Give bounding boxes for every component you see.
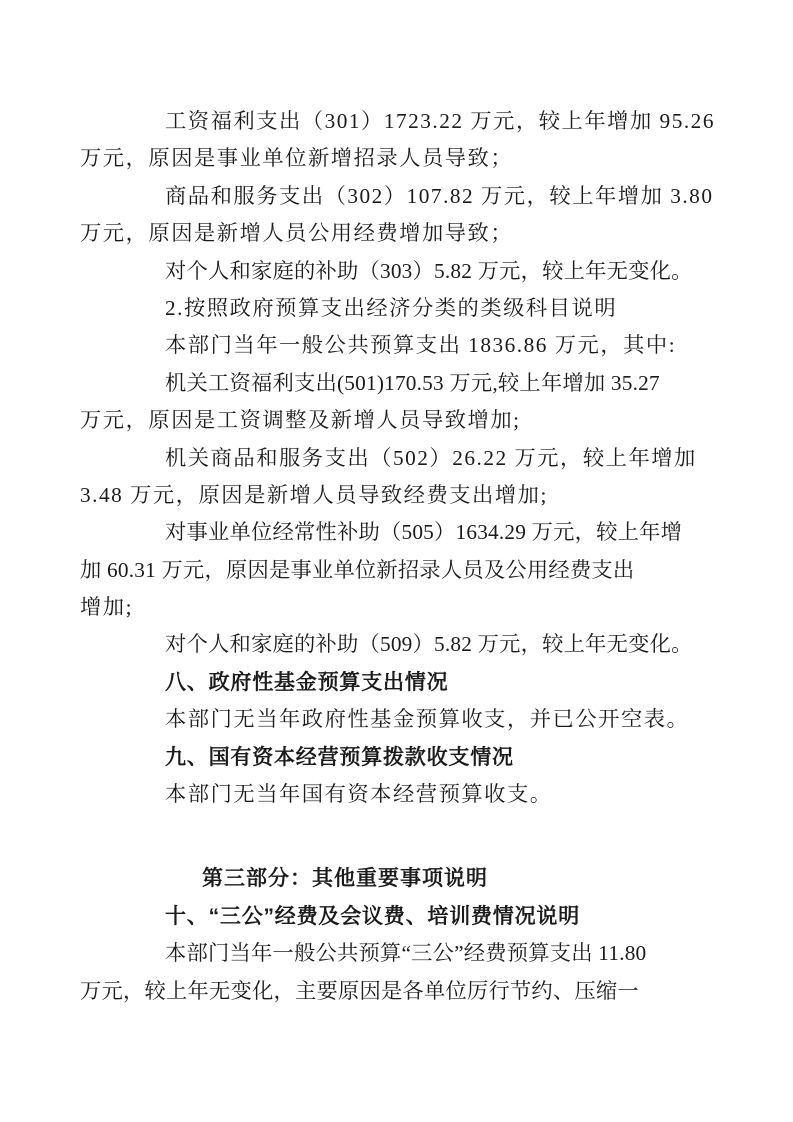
section-heading-line: 十、“三公”经费及会议费、培训费情况说明 [80,898,680,935]
body-text-line: 商品和服务支出（302）107.82 万元，较上年增加 3.80 [80,178,680,215]
body-text-line: 本部门无当年政府性基金预算收支，并已公开空表。 [80,701,680,738]
body-text-line: 万元，原因是新增人员公用经费增加导致； [80,215,680,252]
body-text-line: 加 60.31 万元，原因是事业单位新招录人员及公用经费支出 [80,552,680,589]
body-text-line: 万元，原因是工资调整及新增人员导致增加; [80,402,680,439]
body-text-line: 本部门当年一般公共预算“三公”经费预算支出 11.80 [80,935,680,972]
body-text-line: 2.按照政府预算支出经济分类的类级科目说明 [80,290,680,327]
body-text-line: 3.48 万元，原因是新增人员导致经费支出增加; [80,477,680,514]
body-text-line: 对事业单位经常性补助（505）1634.29 万元，较上年增 [80,514,680,551]
section-heading-line: 九、国有资本经营预算拨款收支情况 [80,739,680,776]
body-text-line: 对个人和家庭的补助（509）5.82 万元，较上年无变化。 [80,626,680,663]
body-text-line: 本部门当年一般公共预算支出 1836.86 万元，其中: [80,327,680,364]
document-content: 工资福利支出（301）1723.22 万元，较上年增加 95.26万元，原因是事… [80,103,680,1010]
section-heading-line: 八、政府性基金预算支出情况 [80,664,680,701]
body-text-line: 增加; [80,589,680,626]
body-text-line: 对个人和家庭的补助（303）5.82 万元，较上年无变化。 [80,253,680,290]
document-page: 工资福利支出（301）1723.22 万元，较上年增加 95.26万元，原因是事… [0,0,793,1122]
body-text-line: 机关商品和服务支出（502）26.22 万元，较上年增加 [80,440,680,477]
body-text-line: 机关工资福利支出(501)170.53 万元,较上年增加 35.27 [80,365,680,402]
body-text-line: 万元，较上年无变化，主要原因是各单位厉行节约、压缩一 [80,973,680,1010]
body-text-line: 万元，原因是事业单位新增招录人员导致； [80,140,680,177]
blank-line [80,813,680,860]
body-text-line: 本部门无当年国有资本经营预算收支。 [80,776,680,813]
part-title: 第三部分：其他重要事项说明 [80,860,680,897]
body-text-line: 工资福利支出（301）1723.22 万元，较上年增加 95.26 [80,103,680,140]
